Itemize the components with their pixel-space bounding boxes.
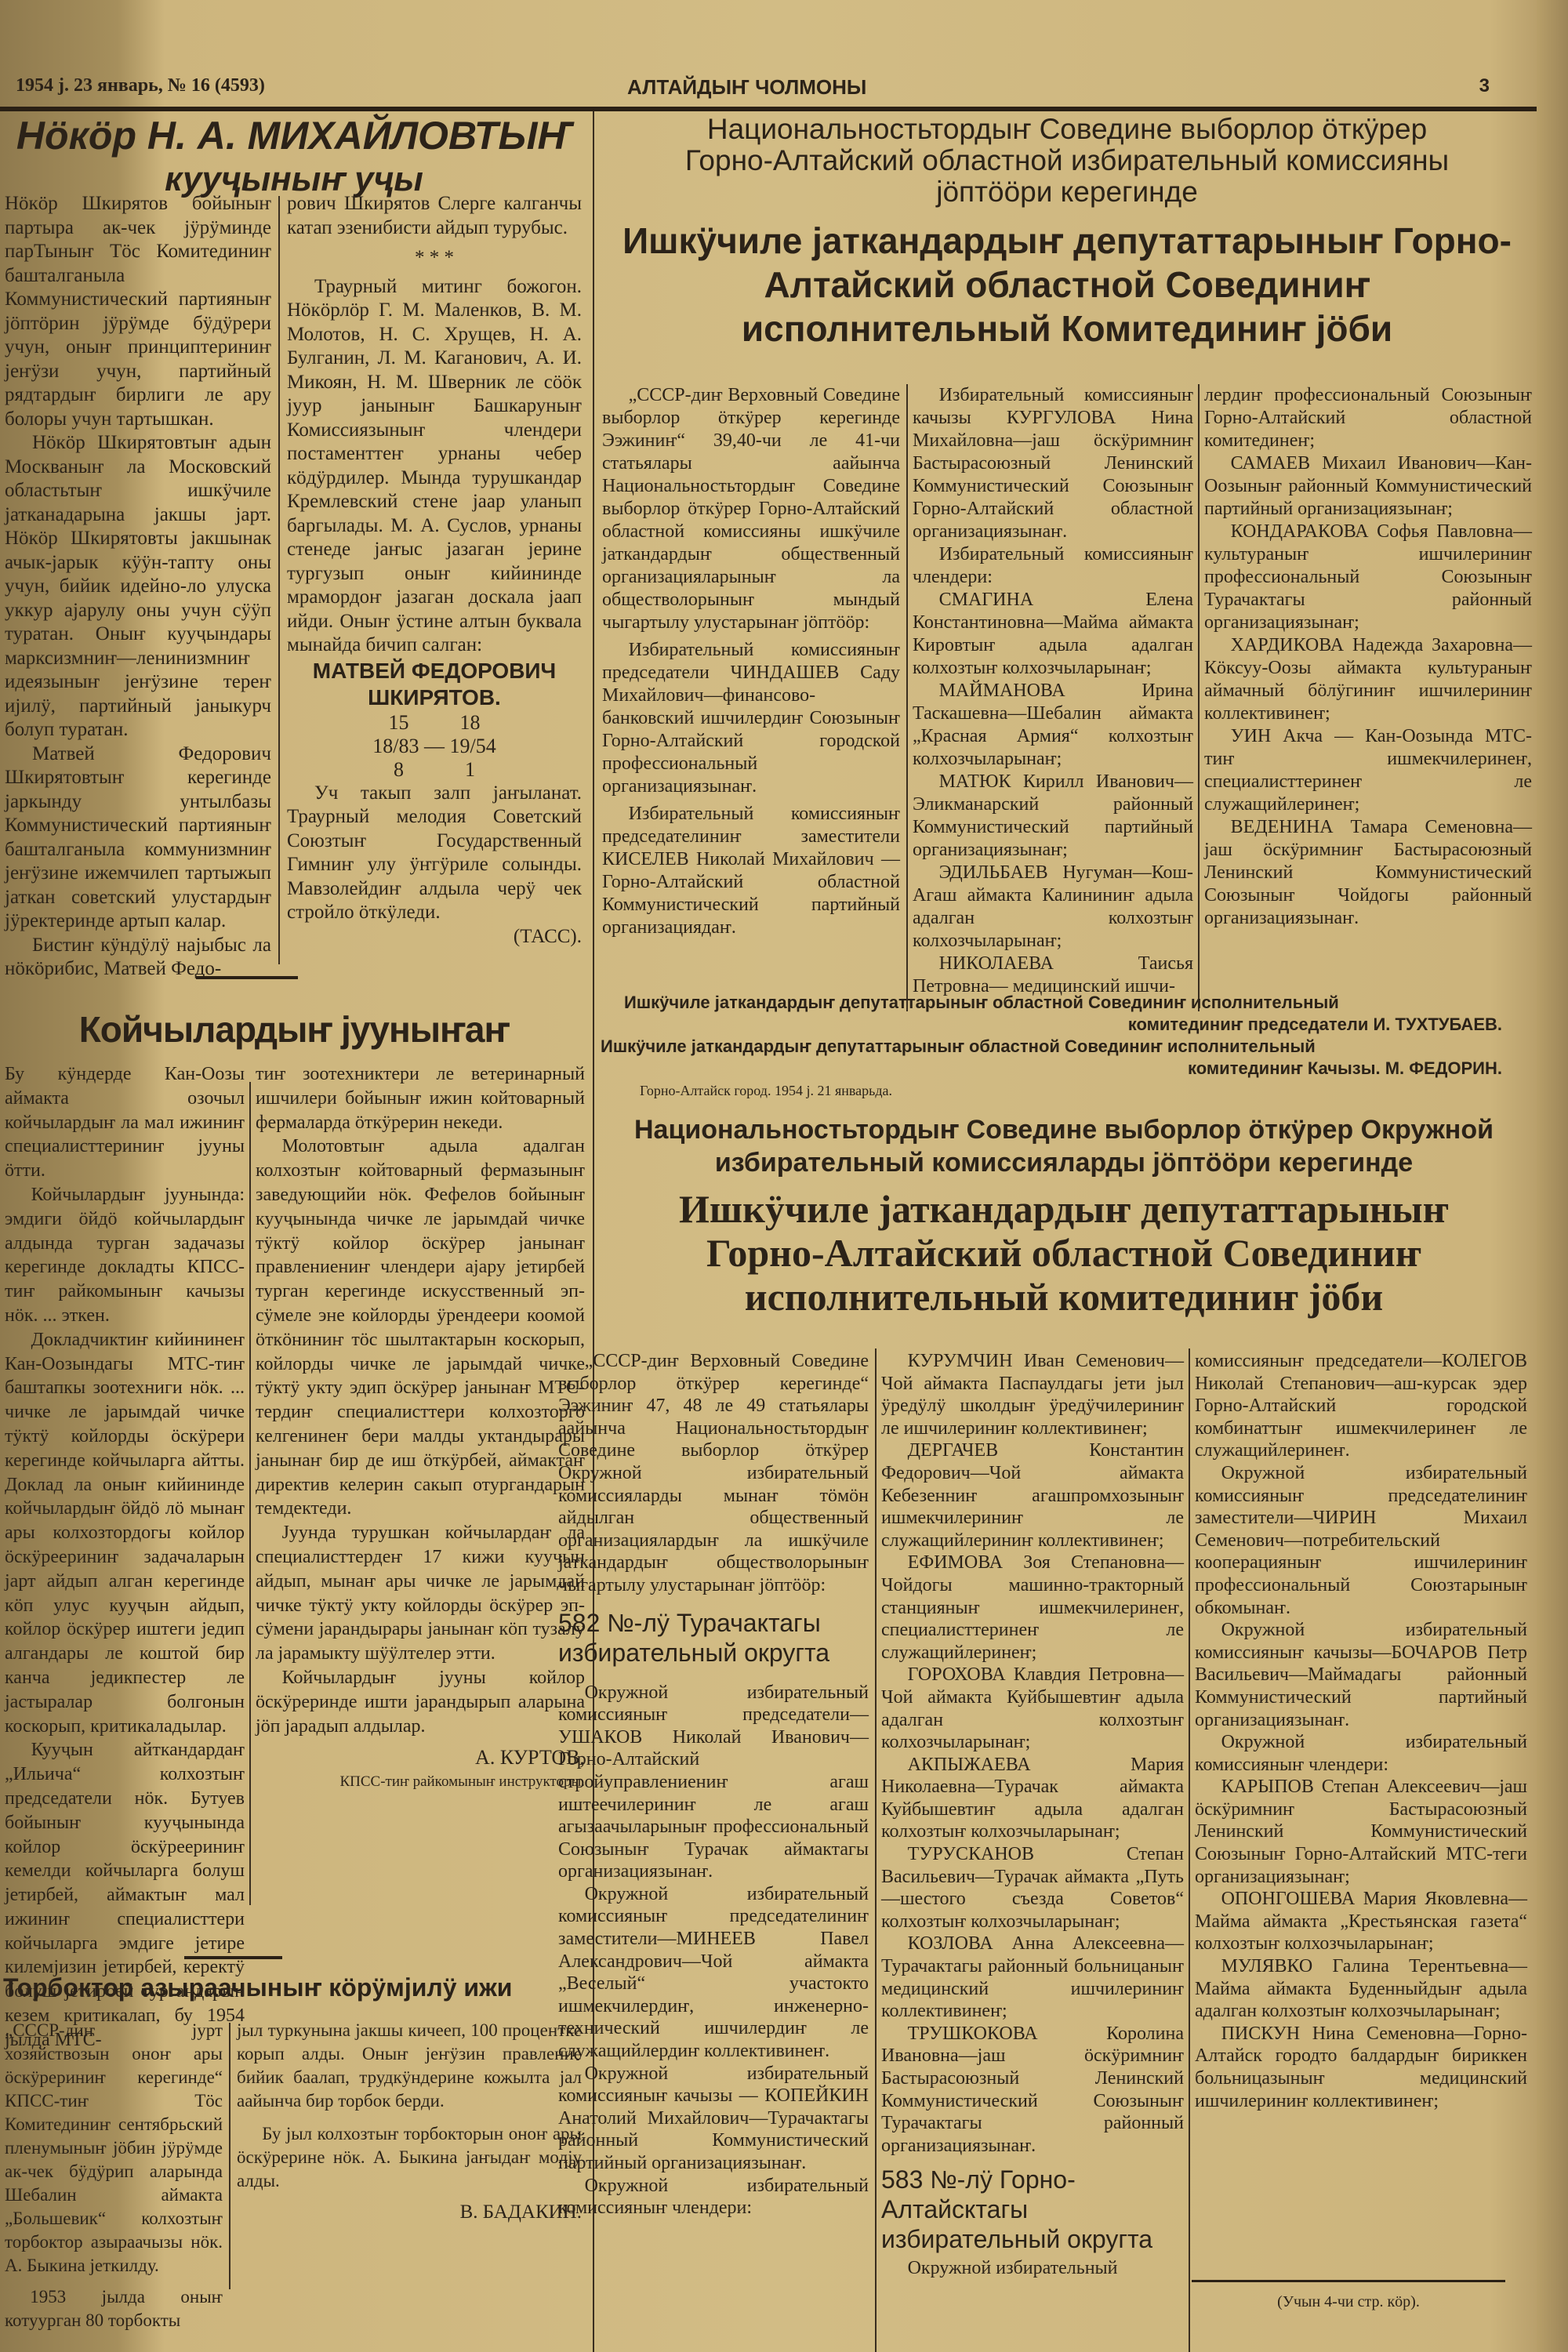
member-entry: КОНДАРАКОВА Софья Павловна—культураныҥ и… (1204, 521, 1532, 634)
signature-line: Ишкӱчиле јаткандардыҥ депутаттарыныҥ обл… (601, 992, 1502, 1014)
article-separator (196, 976, 298, 979)
member-entry: ТРУШКОКОВА Королина Ивановна—јаш ӧскӱрим… (881, 2023, 1184, 2158)
column-divider (229, 2023, 230, 2289)
headline-line: Койчылардыҥ јууныҥаҥ (0, 1007, 588, 1051)
member-entry: МАТЮК Кирилл Иванович—Эликманарский райо… (913, 771, 1193, 862)
signature-line: комитединиҥ Качызы. М. ФЕДОРИН. (601, 1058, 1502, 1080)
column-divider (278, 196, 280, 964)
member-entry: ХАРДИКОВА Надежда Захаровна—Кӧксуу-Оозы … (1204, 634, 1532, 725)
paragraph: тиҥ зоотехниктери ле ветеринарный ишчиле… (256, 1062, 585, 1134)
paragraph: Уч такып залп јаҥыланат. Траурный мелоди… (287, 782, 582, 925)
paragraph: „СССР-диҥ Верховный Соведине выборлор ӧт… (558, 1350, 869, 1597)
member-entry: комиссияныҥ председатели—КОЛЕГОВ Николай… (1195, 1350, 1527, 1462)
member-entry: Окружной избирательный комиссияныҥ членд… (1195, 1731, 1527, 1776)
continued-note[interactable]: (Учын 4-чи стр. кӧр). (1192, 2293, 1505, 2311)
headline-line: Ишкӱчиле јаткандардыҥ депутаттарыныҥ Гор… (601, 219, 1534, 263)
article-mikhailov-col1: Нӧкӧр Шкирятов бойыныҥ партыра ак-чек јӱ… (5, 192, 271, 982)
kicker-line: Национальностьтордыҥ Соведине выборлор ӧ… (597, 1113, 1530, 1146)
paragraph: Избирательный комиссияныҥ председатели Ч… (602, 639, 900, 798)
star-divider: * * * (287, 246, 582, 270)
paragraph: Койчылардыҥ јуунында: эмдиги ӧйдӧ койчыл… (5, 1183, 245, 1328)
masthead: 1954 j. 23 январь, № 16 (4593) АЛТАЙДЫҤ … (16, 75, 1505, 103)
kicker-line: јӧптӧӧри керегинде (601, 176, 1534, 208)
signature-line: Ишкӱчиле јаткандардыҥ депутаттарыныҥ обл… (601, 1036, 1502, 1058)
paragraph: рович Шкирятов Слерге калганчы катап эзе… (287, 192, 582, 240)
member-entry: ЕФИМОВА Зоя Степановна—Чойдогы машинно-т… (881, 1552, 1184, 1664)
article-koichy-col1: Бу кӱндерде Кан-Оозы аймакта озочыл койч… (5, 1062, 245, 2053)
issue-date: 1954 j. 23 январь, № 16 (4593) (16, 75, 265, 96)
paragraph: Бу јыл колхозтыҥ торбокторын оноҥ ары ӧс… (237, 2122, 582, 2193)
continuation-rule (1192, 2280, 1505, 2282)
member-entry: лердиҥ профессиональный Союзыныҥ Горно-А… (1204, 384, 1532, 452)
member-entry: ТУРУСКАНОВ Степан Васильевич—Турачак айм… (881, 1843, 1184, 1933)
paragraph: Докладчиктиҥ кийининеҥ Кан-Оозындагы МТС… (5, 1328, 245, 1739)
paragraph: Матвей Федорович Шкирятовтыҥ керегинде ј… (5, 742, 271, 934)
paragraph: Бистиҥ кӱндӱлӱ најыбыс ла нӧкӧрибис, Мат… (5, 934, 271, 982)
headline-line: Ишкӱчиле јаткандардыҥ депутаттарыныҥ (597, 1187, 1530, 1231)
headline-line: Горно-Алтайский областной Совединиҥ (597, 1231, 1530, 1275)
article-koichy-col2: тиҥ зоотехниктери ле ветеринарный ишчиле… (256, 1062, 585, 1795)
article-okrug-headline: Национальностьтордыҥ Соведине выборлор ӧ… (597, 1113, 1530, 1319)
kicker-line: Национальностьтордыҥ Соведине выборлор ӧ… (601, 114, 1534, 145)
paragraph: Нӧкӧр Шкирятов бойыныҥ партыра ак-чек јӱ… (5, 192, 271, 431)
article-mikhailov-col2: рович Шкирятов Слерге калганчы катап эзе… (287, 192, 582, 949)
article-torbok-col1: „СССР-диҥ јурт хозяйствозын оноҥ ары ӧск… (5, 2019, 223, 2332)
kicker-line: избирательный комиссияларды јӧптӧӧри кер… (597, 1146, 1530, 1179)
headline-line: Алтайский областной Совединиҥ (601, 263, 1534, 307)
paragraph: Јуунда турушкан койчылардаҥ ла специалис… (256, 1521, 585, 1666)
masthead-rule (0, 107, 1537, 111)
member-entry: ПИСКУН Нина Семеновна—Горно-Алтайск горо… (1195, 2023, 1527, 2112)
author-signature: В. БАДАКИН. (237, 2201, 582, 2224)
news-source: (ТАСС). (287, 925, 582, 949)
member-entry: АКПЫЖАЕВА Мария Николаевна—Турачак аймак… (881, 1754, 1184, 1843)
paragraph: јыл туркунына јакшы кичееп, 100 процентк… (237, 2019, 582, 2113)
paragraph: 1953 јылда оныҥ котуурган 80 торбокты (5, 2285, 223, 2332)
epitaph-dates: 18/83 — 19/54 (287, 735, 582, 758)
column-divider (875, 1348, 877, 2352)
paper-name: АЛТАЙДЫҤ ЧОЛМОНЫ (627, 75, 866, 100)
article-okrug-col2: КУРУМЧИН Иван Семенович—Чой аймакта Пасп… (881, 1350, 1184, 2280)
paragraph: Избирательный комиссияныҥ председателини… (602, 803, 900, 939)
column-divider (906, 384, 908, 1011)
member-entry: ЭДИЛЬБАЕВ Нугуман—Кош-Агаш аймакта Калин… (913, 862, 1193, 953)
member-entry: Окружной избирательный комиссияныҥ качыз… (558, 2063, 869, 2175)
member-entry: ОПОНГОШЕВА Мария Яковлевна—Майма аймакта… (1195, 1888, 1527, 1955)
district-heading: 582 №-лӱ Турачактагы избирательный округ… (558, 1608, 869, 1668)
column-divider (1189, 1348, 1190, 2352)
member-entry: МАЙМАНОВА Ирина Таскашевна—Шебалин аймак… (913, 680, 1193, 771)
page-number: 3 (1479, 75, 1490, 97)
member-entry: КУРУМЧИН Иван Семенович—Чой аймакта Пасп… (881, 1350, 1184, 1439)
article-separator (184, 1956, 282, 1959)
paragraph: Траурный митинг божогон. Нӧкӧрлӧр Г. М. … (287, 275, 582, 658)
member-entry: Окружной избирательный комиссияныҥ качыз… (1195, 1619, 1527, 1731)
paragraph: „СССР-диҥ Верховный Совединe выборлор ӧт… (602, 384, 900, 634)
member-entry: САМАЕВ Михаил Иванович—Кан-Оозыныҥ район… (1204, 452, 1532, 521)
member-entry: УИН Акча — Кан-Оозында МТС-тиҥ ишмекчиле… (1204, 725, 1532, 816)
oblast-signatures: Ишкӱчиле јаткандардыҥ депутаттарыныҥ обл… (601, 992, 1502, 1099)
author-role: КПСС-тиҥ райкомыныҥ инструкторы. (256, 1770, 585, 1795)
member-entry: Окружной избирательный комиссияныҥ членд… (558, 2175, 869, 2220)
member-entry: Окружной избирательный комиссияныҥ предс… (558, 1883, 869, 2063)
epitaph-name: МАТВЕЙ ФЕДОРОВИЧ (287, 658, 582, 684)
epitaph-dates: 15 18 (287, 711, 582, 735)
article-okrug-col3: комиссияныҥ председатели—КОЛЕГОВ Николай… (1195, 1350, 1527, 2112)
paragraph: Молотовтыҥ адыла адалган колхозтыҥ който… (256, 1134, 585, 1521)
article-okrug-col1: „СССР-диҥ Верховный Соведине выборлор ӧт… (558, 1350, 869, 2220)
paragraph: Бу кӱндерде Кан-Оозы аймакта озочыл койч… (5, 1062, 245, 1183)
member-entry: ГОРОХОВА Клавдия Петровна—Чой аймакта Ку… (881, 1664, 1184, 1753)
headline-line: исполнительный комитединиҥ јӧби (597, 1275, 1530, 1319)
article-koichy-headline: Койчылардыҥ јууныҥаҥ (0, 1007, 588, 1051)
paragraph: „СССР-диҥ јурт хозяйствозын оноҥ ары ӧск… (5, 2019, 223, 2278)
paragraph: Нӧкӧр Шкирятовтыҥ адын Москваныҥ ла Моск… (5, 431, 271, 742)
author-signature: А. КУРТОВ, (256, 1746, 585, 1770)
kicker-line: Горно-Алтайский областной избирательный … (601, 145, 1534, 176)
member-entry: Окружной избирательный комиссияныҥ предс… (558, 1682, 869, 1883)
district-heading: 583 №-лӱ Горно-Алтайсктагы избирательный… (881, 2165, 1184, 2254)
article-torbok-col2: јыл туркунына јакшы кичееп, 100 процентк… (237, 2019, 582, 2224)
article-oblast-headline: Национальностьтордыҥ Соведине выборлор ӧ… (601, 114, 1534, 350)
epitaph-name: ШКИРЯТОВ. (287, 684, 582, 711)
member-entry: Окружной избирательный комиссияныҥ предс… (1195, 1462, 1527, 1619)
headline-line: Нӧкӧр Н. А. МИХАЙЛОВТЫҤ (0, 114, 588, 158)
member-entry: КОЗЛОВА Анна Алексеевна—Турачактагы райо… (881, 1933, 1184, 2022)
signature-line: комитединиҥ председатели И. ТУХТУБАЕВ. (601, 1014, 1502, 1036)
article-torbok-headline: Торбоктор азыраачыныҥ кӧрӱмјилӱ ижи (0, 1972, 588, 2003)
page-edge (1537, 0, 1568, 2352)
member-entry: СМАГИНА Елена Константиновна—Майма аймак… (913, 589, 1193, 680)
paragraph: Избирательный комиссияныҥ члендери: (913, 543, 1193, 589)
paragraph: Избирательный комиссияныҥ качызы КУРГУЛО… (913, 384, 1193, 543)
article-oblast-col3: лердиҥ профессиональный Союзыныҥ Горно-А… (1204, 384, 1532, 930)
member-entry: ВЕДЕНИНА Тамара Семеновна—јаш ӧскӱримниҥ… (1204, 816, 1532, 930)
member-entry: КАРЫПОВ Степан Алексеевич—јаш ӧскӱримниҥ… (1195, 1776, 1527, 1888)
paragraph: Окружной избирательный (881, 2257, 1184, 2280)
member-entry: МУЛЯВКО Галина Терентьевна—Майма аймакта… (1195, 1955, 1527, 2023)
column-divider (249, 1082, 251, 1905)
paragraph: Кууҷын айткандардаҥ „Ильича“ колхозтыҥ п… (5, 1738, 245, 2052)
paragraph: Койчылардыҥ јууны койлор ӧскӱреринде ишт… (256, 1666, 585, 1738)
place-date: Горно-Алтайск город. 1954 ј. 21 январьда… (601, 1083, 1502, 1099)
column-divider (1198, 384, 1200, 1011)
member-entry: ДЕРГАЧЕВ Константин Федорович—Чой аймакт… (881, 1439, 1184, 1552)
article-oblast-col1: „СССР-диҥ Верховный Совединe выборлор ӧт… (602, 384, 900, 939)
headline-line: Торбоктор азыраачыныҥ кӧрӱмјилӱ ижи (0, 1972, 588, 2003)
epitaph-dates: 8 1 (287, 758, 582, 782)
article-oblast-col2: Избирательный комиссияныҥ качызы КУРГУЛО… (913, 384, 1193, 998)
article-mikhailov-headline: Нӧкӧр Н. А. МИХАЙЛОВТЫҤ кууҷыныҥ уҷы (0, 114, 588, 201)
headline-line: исполнительный Комитединиҥ јӧби (601, 307, 1534, 350)
